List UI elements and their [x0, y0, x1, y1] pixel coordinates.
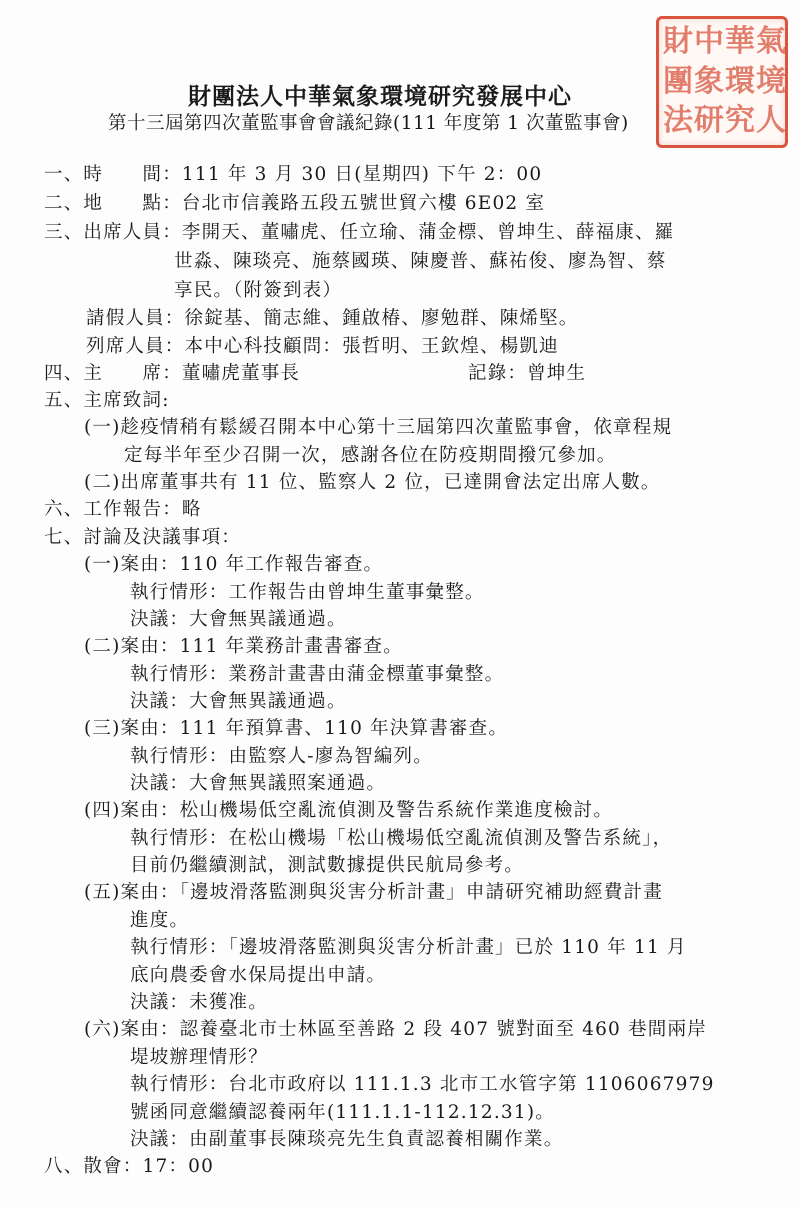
item-2-execution: 執行情形：業務計畫書由蒲金標董事彙整。: [130, 662, 504, 688]
item-1-execution: 執行情形：工作報告由曾坤生董事彙整。: [130, 580, 485, 606]
document-title: 財團法人中華氣象環境研究發展中心: [0, 78, 800, 111]
item-3-case: (三)案由：111 年預算書、110 年決算書審查。: [84, 716, 508, 742]
item-6-case-line-1: (六)案由：認養臺北市士林區至善路 2 段 407 號對面至 460 巷間兩岸: [84, 1017, 707, 1043]
work-report: 六、工作報告：略: [44, 497, 202, 523]
document-page: 財 中 華 氣 團 象 環 境 法 研 究 人 財團法人中華氣象環境研究發展中心…: [0, 0, 800, 1207]
recorder: 記錄：曾坤生: [468, 361, 586, 387]
chair-speech-heading: 五、主席致詞:: [44, 388, 170, 414]
meeting-time: 一、時 間：111 年 3 月 30 日(星期四) 下午 2：00: [44, 162, 542, 188]
seal-char: 中: [694, 23, 724, 62]
seal-char: 財: [663, 23, 693, 62]
item-5-execution-line-1: 執行情形：「邊坡滑落監測與災害分析計畫」已於 110 年 11 月: [130, 935, 687, 961]
item-5-execution-line-2: 底向農委會水保局提出申請。: [130, 963, 386, 989]
attendees-line-2: 世淼、陳琰亮、施蔡國瑛、陳慶普、蘇祐俊、廖為智、蔡: [174, 249, 667, 275]
meeting-place: 二、地 點：台北市信義路五段五號世貿六樓 6E02 室: [44, 191, 545, 217]
item-4-execution-line-2: 目前仍繼續測試，測試數據提供民航局參考。: [130, 853, 524, 879]
item-2-resolution: 決議：大會無異議通過。: [130, 689, 347, 715]
item-5-case-line-1: (五)案由：「邊坡滑落監測與災害分析計畫」申請研究補助經費計畫: [84, 880, 663, 906]
chair-speech-1-line-1: (一)趁疫情稍有鬆緩召開本中心第十三屆第四次董監事會，依章程規: [84, 415, 672, 441]
chair-speech-2: (二)出席董事共有 11 位、監察人 2 位，已達開會法定出席人數。: [84, 470, 661, 496]
item-2-case: (二)案由：111 年業務計畫書審查。: [84, 634, 403, 660]
item-6-execution-line-2: 號函同意繼續認養兩年(111.1.1-112.12.31)。: [130, 1100, 555, 1126]
chairperson: 四、主 席：董嘯虎董事長: [44, 361, 300, 387]
seal-char: 華: [725, 23, 755, 62]
adjournment: 八、散會：17：00: [44, 1154, 214, 1180]
item-4-case: (四)案由：松山機場低空亂流偵測及警告系統作業進度檢討。: [84, 798, 613, 824]
attendees-line-3: 享民。（附簽到表）: [174, 278, 342, 304]
discussion-heading: 七、討論及決議事項：: [44, 525, 241, 551]
item-6-execution-line-1: 執行情形：台北市政府以 111.1.3 北市工水管字第 1106067979: [130, 1072, 715, 1098]
attendees-line-1: 三、出席人員：李開天、董嘯虎、任立瑜、蒲金標、曾坤生、薛福康、羅: [44, 220, 674, 246]
item-5-resolution: 決議：未獲准。: [130, 990, 268, 1016]
absentees: 請假人員：徐錠基、簡志維、鍾啟椿、廖勉群、陳烯堅。: [86, 306, 579, 332]
item-3-execution: 執行情形：由監察人-廖為智編列。: [130, 744, 433, 770]
item-3-resolution: 決議：大會無異議照案通過。: [130, 771, 386, 797]
item-4-execution-line-1: 執行情形：在松山機場「松山機場低空亂流偵測及警告系統」，: [130, 826, 672, 852]
item-6-resolution: 決議：由副董事長陳琰亮先生負責認養相關作業。: [130, 1127, 563, 1153]
item-6-case-line-2: 堤坡辦理情形？: [130, 1045, 268, 1071]
chair-speech-1-line-2: 定每半年至少召開一次，感謝各位在防疫期間撥冗參加。: [124, 443, 617, 469]
seal-char: 氣: [756, 23, 786, 62]
item-1-case: (一)案由：110 年工作報告審查。: [84, 552, 383, 578]
observers: 列席人員：本中心科技顧問：張哲明、王欽煌、楊凱迪: [86, 334, 559, 360]
item-1-resolution: 決議：大會無異議通過。: [130, 607, 347, 633]
item-5-case-line-2: 進度。: [130, 908, 189, 934]
document-subtitle: 第十三屆第四次董監事會會議紀錄(111 年度第 1 次董監事會): [108, 109, 629, 135]
